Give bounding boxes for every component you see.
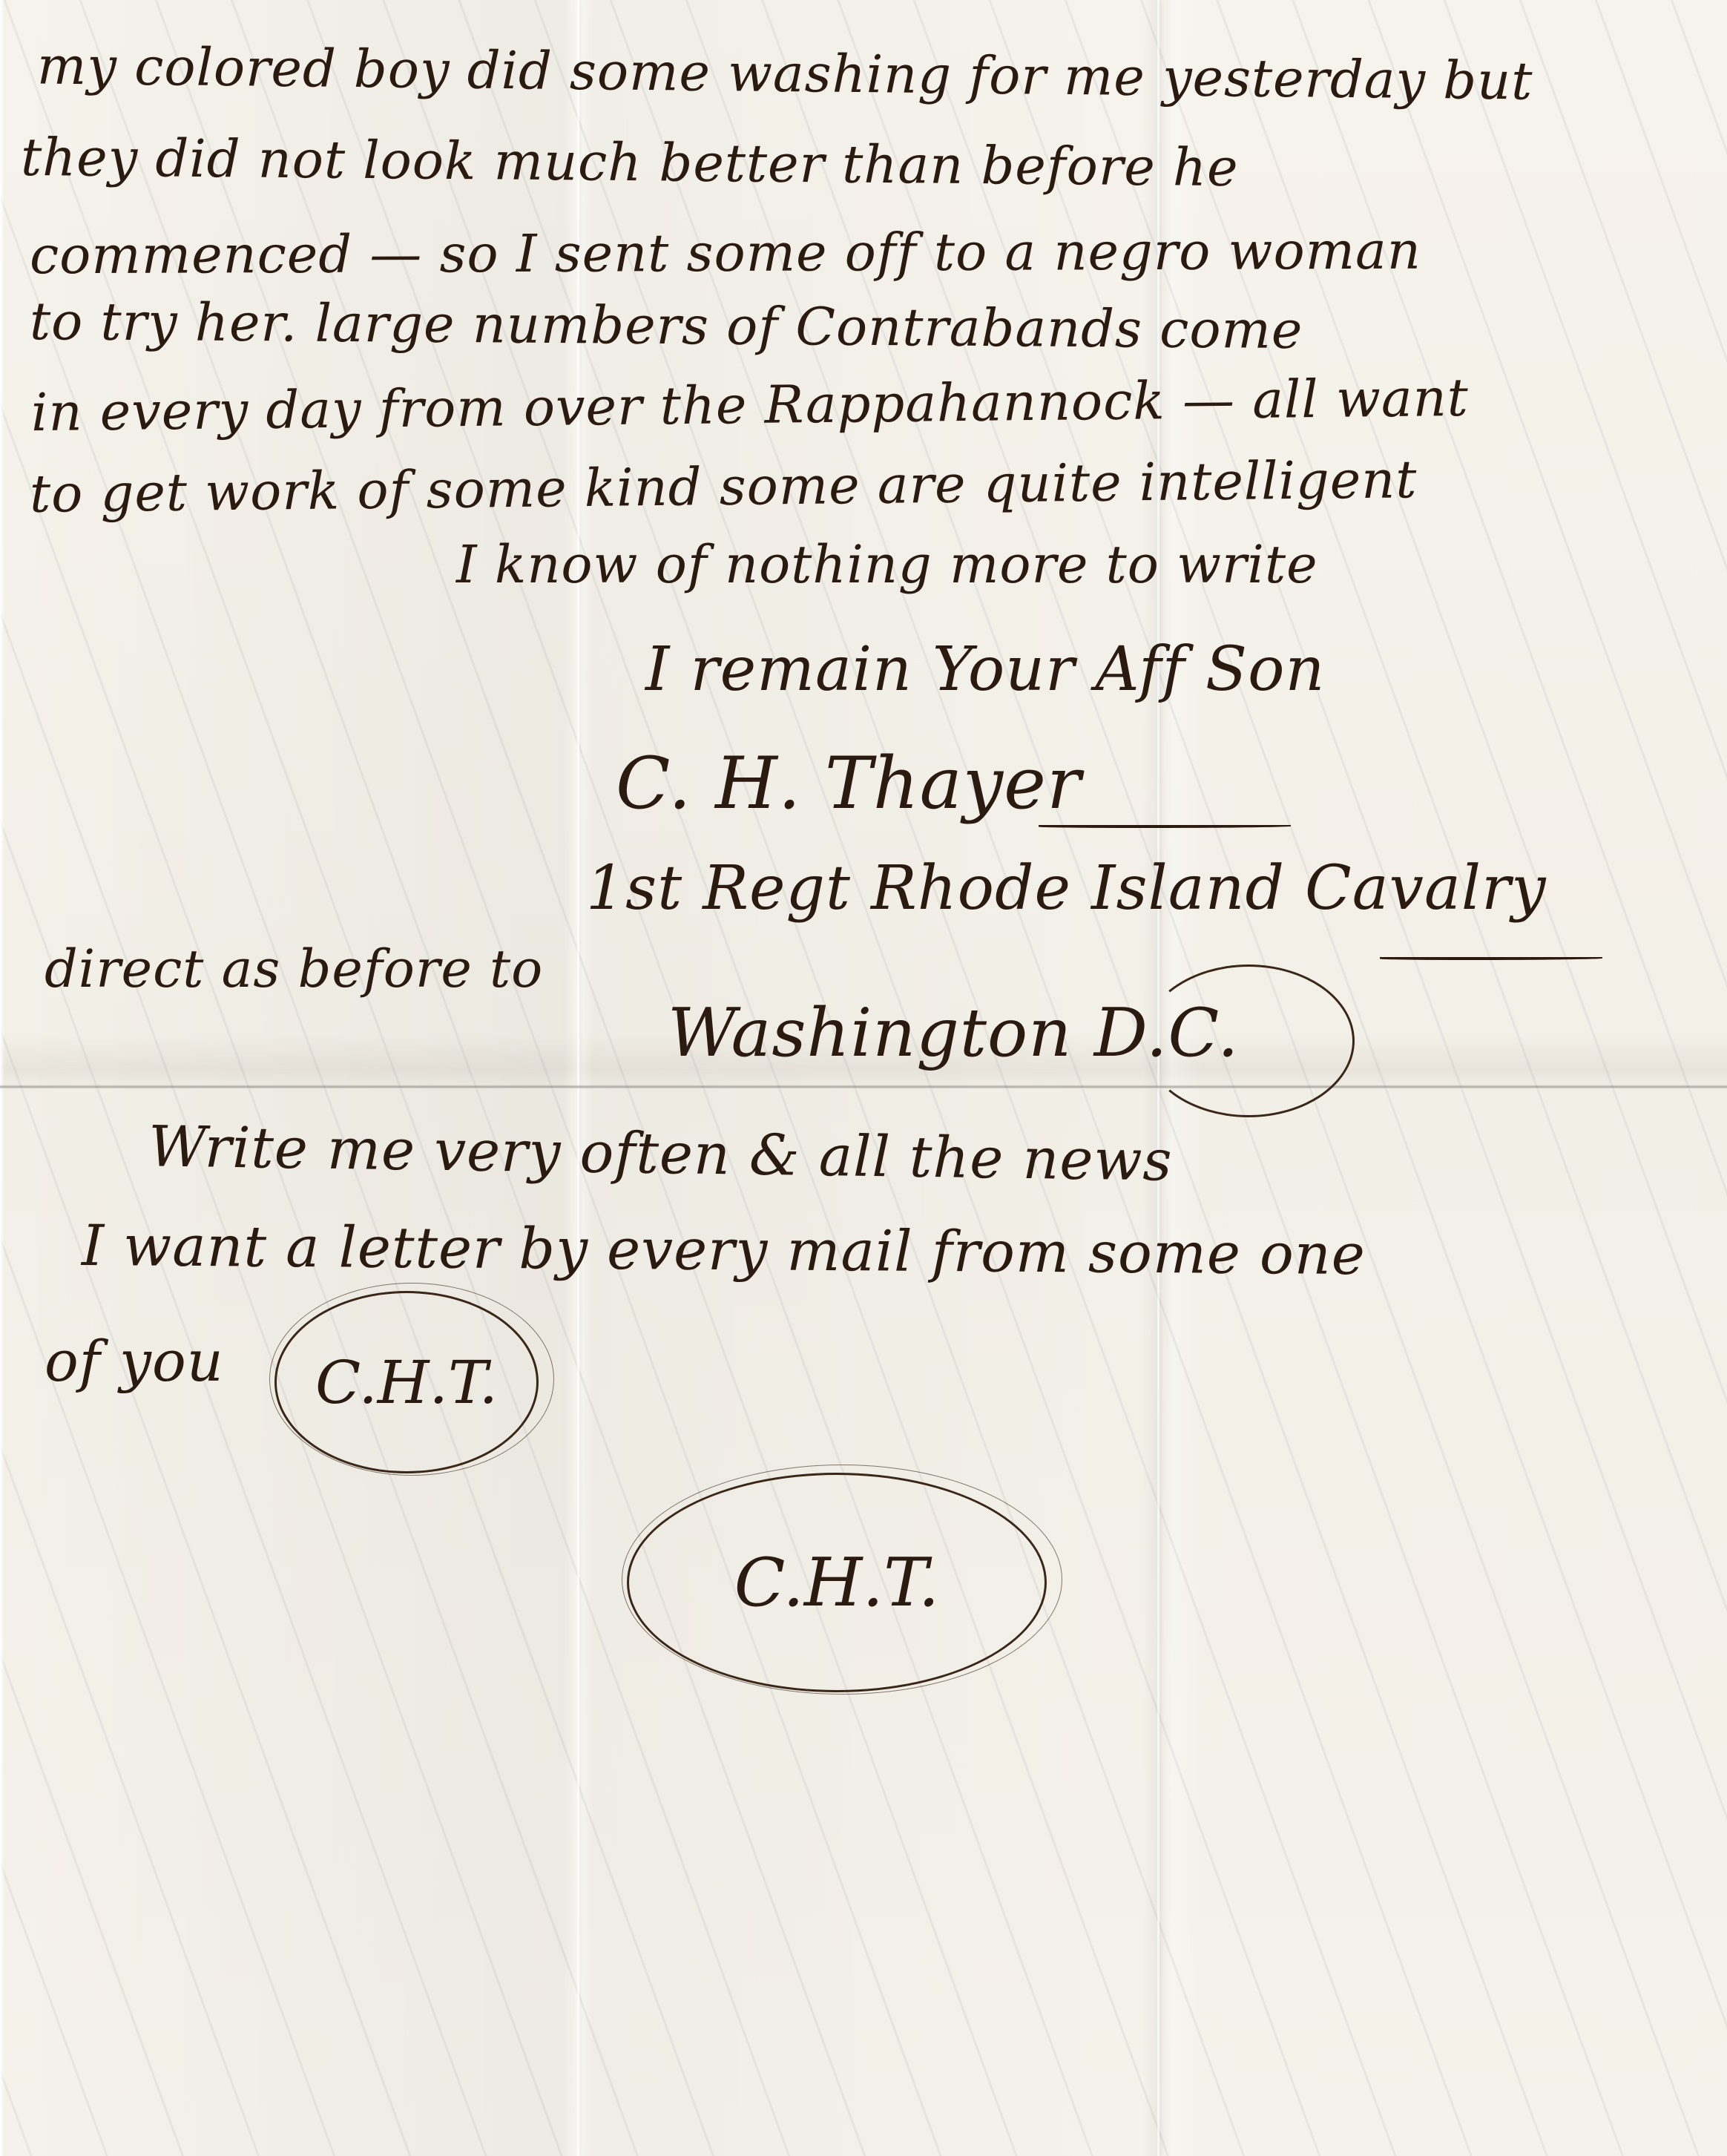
- postscript-line-2: I want a letter by every mail from some …: [82, 1212, 1366, 1287]
- body-line-1: my colored boy did some washing for me y…: [37, 35, 1533, 111]
- body-line-4: to try her. large numbers of Contrabands…: [30, 291, 1303, 361]
- horizontal-fold-crease: [0, 1085, 1727, 1089]
- body-line-5: in every day from over the Rappahannock …: [31, 367, 1470, 443]
- monogram-initials: C.H.T.: [734, 1544, 940, 1622]
- letter-page: my colored boy did some washing for me y…: [0, 0, 1727, 2156]
- body-line-3: commenced — so I sent some off to a negr…: [30, 220, 1421, 286]
- monogram-oval: C.H.T.: [627, 1473, 1047, 1692]
- regiment-flourish: [1380, 957, 1602, 960]
- valediction: I remain Your Aff Son: [645, 634, 1325, 705]
- signature-flourish: [1039, 825, 1291, 828]
- postscript-initials: C.H.T.: [315, 1348, 498, 1417]
- signature: C. H. Thayer: [616, 742, 1082, 825]
- address-instruction: direct as before to: [45, 939, 543, 999]
- postscript-initials-oval: C.H.T.: [274, 1291, 539, 1473]
- regiment: 1st Regt Rhode Island Cavalry: [586, 853, 1547, 924]
- closing-line: I know of nothing more to write: [456, 534, 1318, 595]
- paper-edge: [0, 0, 4, 2156]
- body-line-2: they did not look much better than befor…: [21, 127, 1239, 198]
- body-line-6: to get work of some kind some are quite …: [30, 449, 1418, 525]
- postscript-line-1: Write me very often & all the news: [148, 1113, 1173, 1193]
- address-flourish-oval: [1142, 964, 1355, 1117]
- postscript-line-3: of you: [45, 1328, 224, 1394]
